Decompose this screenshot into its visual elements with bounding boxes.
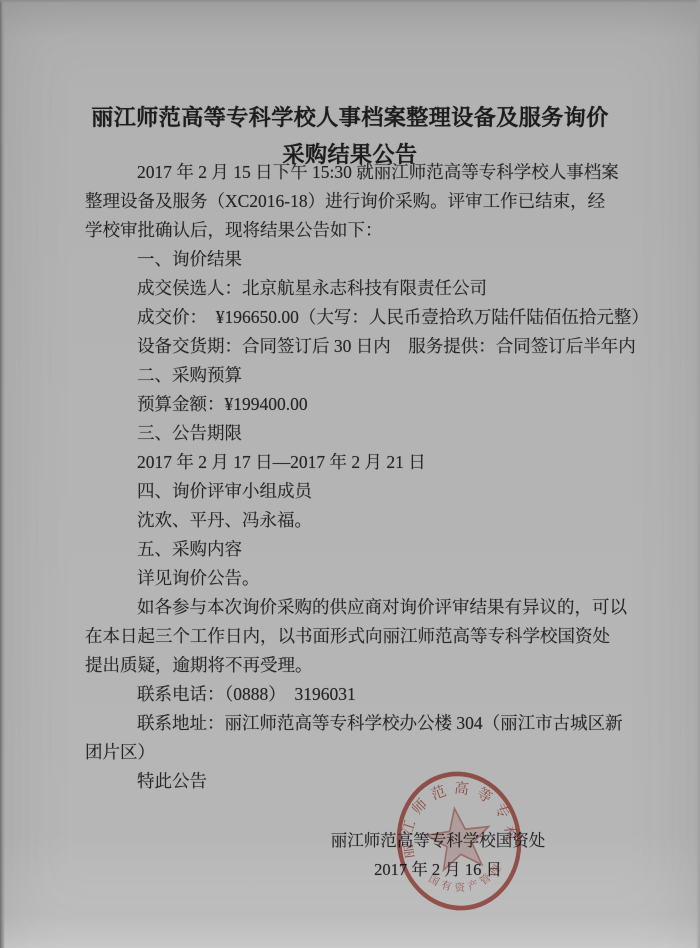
doc-line: 学校审批确认后，现将结果公告如下： xyxy=(85,216,615,245)
doc-section-heading: 四、询价评审小组成员 xyxy=(85,477,615,506)
doc-section-heading: 一、询价结果 xyxy=(85,245,615,274)
star-icon xyxy=(423,804,493,872)
doc-line: 2017 年 2 月 17 日—2017 年 2 月 21 日 xyxy=(85,448,615,477)
doc-line: 设备交货期：合同签订后 30 日内 服务提供：合同签订后半年内 xyxy=(85,332,615,361)
doc-line: 整理设备及服务（XC2016-18）进行询价采购。评审工作已结束，经 xyxy=(85,187,615,216)
doc-section-heading: 五、采购内容 xyxy=(85,535,615,564)
scan-edge-left xyxy=(0,0,5,948)
doc-line: 如各参与本次询价采购的供应商对询价评审结果有异议的，可以 xyxy=(85,593,615,622)
doc-line: 沈欢、平丹、冯永福。 xyxy=(85,506,615,535)
doc-line: 在本日起三个工作日内，以书面形式向丽江师范高等专科学校国资处 xyxy=(85,622,615,651)
document-body: 2017 年 2 月 15 日下午 15:30 就丽江师范高等专科学校人事档案 … xyxy=(85,158,615,796)
doc-line: 联系电话：（0888） 3196031 xyxy=(85,680,615,709)
scan-edge-right xyxy=(696,0,700,948)
doc-section-heading: 二、采购预算 xyxy=(85,361,615,390)
doc-line: 预算金额：¥199400.00 xyxy=(85,390,615,419)
scanned-document-page: 丽江师范高等专科学校人事档案整理设备及服务询价 采购结果公告 2017 年 2 … xyxy=(0,0,700,948)
doc-line: 联系地址：丽江师范高等专科学校办公楼 304（丽江市古城区新 xyxy=(85,709,615,738)
doc-line: 成交价： ¥196650.00（大写：人民币壹拾玖万陆仟陆佰伍拾元整） xyxy=(85,303,615,332)
doc-line: 提出质疑，逾期将不再受理。 xyxy=(85,651,615,680)
scan-edge-top xyxy=(0,0,700,3)
doc-line: 2017 年 2 月 15 日下午 15:30 就丽江师范高等专科学校人事档案 xyxy=(85,158,615,187)
document-title-line1: 丽江师范高等专科学校人事档案整理设备及服务询价 xyxy=(40,99,660,136)
official-seal-stamp: 丽江师范高等专科学校 国有资产管理处 xyxy=(376,753,542,929)
doc-section-heading: 三、公告期限 xyxy=(85,419,615,448)
doc-line: 详见询价公告。 xyxy=(85,564,615,593)
doc-line: 成交侯选人：北京航星永志科技有限责任公司 xyxy=(85,274,615,303)
